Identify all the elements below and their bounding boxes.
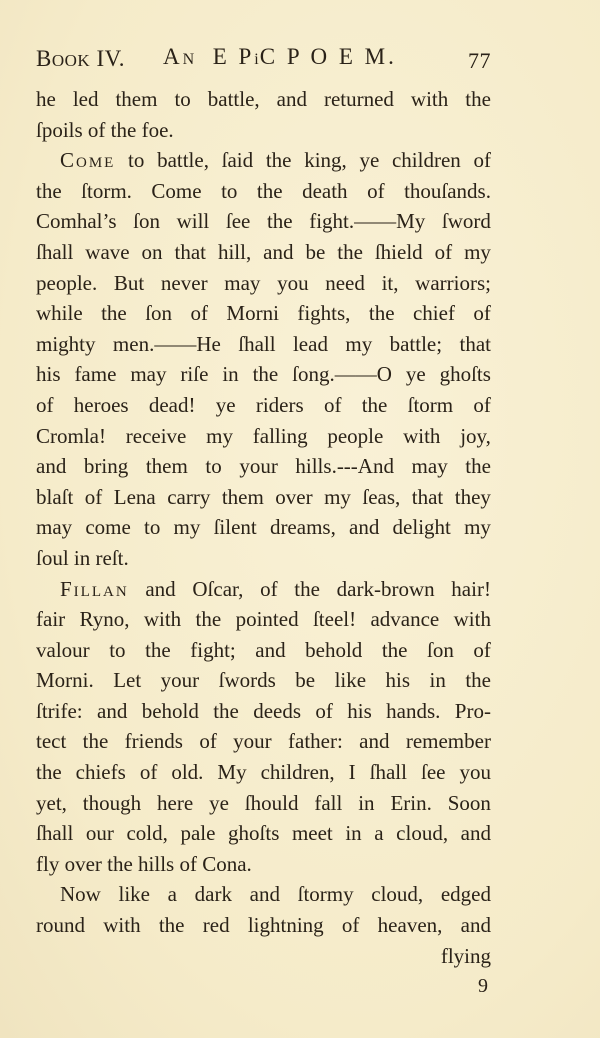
word: of [190, 298, 208, 329]
text-line: blaſtofLenacarrythemovermyſeas,thatthey [36, 482, 491, 513]
word: chief [413, 298, 455, 329]
word: ſhall [370, 757, 407, 788]
word: ſon [145, 298, 172, 329]
word: returned [324, 84, 394, 115]
running-title: AN E PiC P O E M. [163, 44, 397, 70]
word: round [36, 910, 85, 941]
word: my [345, 329, 372, 360]
text-line: thechiefsofold.Mychildren,Iſhallſeeyou [36, 757, 491, 788]
word: tect [36, 726, 66, 757]
word: the [36, 757, 62, 788]
word: father: [288, 726, 343, 757]
word: hill, [218, 237, 251, 268]
word: like [335, 665, 367, 696]
word: Erin. [390, 788, 431, 819]
word: Comhal’s [36, 206, 117, 237]
text-line: maycometomyſilentdreams,anddelightmy [36, 512, 491, 543]
word: battle, [157, 145, 209, 176]
word: behold [305, 635, 362, 666]
book-number: BOOK IV. [36, 46, 125, 72]
word: our [86, 818, 114, 849]
word: Cromla! [36, 421, 106, 452]
word: and [263, 237, 293, 268]
word: hands. [386, 696, 440, 727]
paragraph-first-line: Nowlikeadarkandſtormycloud,edged [36, 879, 491, 910]
word: dark [195, 879, 232, 910]
word: that [460, 329, 492, 360]
word: in [430, 665, 446, 696]
word: ſee [421, 757, 445, 788]
word: Morni [226, 298, 279, 329]
word: may [412, 451, 448, 482]
word: My [217, 757, 246, 788]
text-line: ofheroesdead!yeridersoftheſtormof [36, 390, 491, 421]
word: Let [113, 665, 141, 696]
word: hair! [451, 574, 491, 605]
word: may [224, 268, 260, 299]
word: delight [393, 512, 451, 543]
word: yet, [36, 788, 67, 819]
word: edged [441, 879, 491, 910]
text-line: ſhallourcold,paleghoſtsmeetinacloud,and [36, 818, 491, 849]
word: falling [253, 421, 308, 452]
word: the [253, 359, 279, 390]
word: with [403, 421, 440, 452]
word: ſtorm. [81, 176, 132, 207]
word: you [459, 757, 491, 788]
word: and [461, 818, 491, 849]
word: the [382, 635, 408, 666]
word: ye [406, 359, 426, 390]
word: like [119, 879, 151, 910]
word: people. [36, 268, 97, 299]
word: ſilent [214, 512, 257, 543]
word: the [145, 635, 171, 666]
word: of [473, 390, 491, 421]
word: behold [142, 696, 199, 727]
text-line: tectthefriendsofyourfather:andremember [36, 726, 491, 757]
text-line: hisfamemayriſeintheſong.——Oyeghoſts [36, 359, 491, 390]
lead-word: Come [60, 145, 115, 176]
word: them [222, 482, 264, 513]
word: to [144, 512, 160, 543]
word: the [101, 298, 127, 329]
word: he [36, 84, 56, 115]
word: ſteel! [313, 604, 356, 635]
word: my [206, 421, 233, 452]
word: and [461, 910, 491, 941]
word: ſword [442, 206, 491, 237]
word: ſtrife: [36, 696, 83, 727]
word: in [358, 788, 374, 819]
word: ſon [427, 635, 454, 666]
word: and [250, 879, 280, 910]
word: that [412, 482, 444, 513]
text-line: ſtrife:andbeholdthedeedsofhishands.Pro- [36, 696, 491, 727]
word: ſaid [222, 145, 254, 176]
word: to [109, 635, 125, 666]
word: ſhall [36, 818, 73, 849]
word: be [305, 237, 325, 268]
word: with [411, 84, 448, 115]
text-line: fairRyno,withthepointedſteel!advancewith [36, 604, 491, 635]
word: my [324, 482, 351, 513]
word: remember [406, 726, 491, 757]
word: thouſands. [404, 176, 491, 207]
text-line: Comhal’sſonwillſeethefight.——Myſword [36, 206, 491, 237]
word: ſwords [219, 665, 276, 696]
word: chiefs [76, 757, 126, 788]
word: Ryno, [80, 604, 130, 635]
word: Oſcar, [192, 574, 243, 605]
word: and [97, 696, 127, 727]
word: your [233, 726, 272, 757]
page-number: 77 [468, 48, 491, 74]
word: to [221, 176, 237, 207]
word: they [455, 482, 491, 513]
word: fight; [190, 635, 236, 666]
word: ſhould [245, 788, 299, 819]
word: in [222, 359, 238, 390]
word: his [386, 665, 411, 696]
word: with [144, 604, 181, 635]
word: ye [216, 390, 236, 421]
word: the [83, 726, 109, 757]
word: pale [180, 818, 215, 849]
word: of [324, 390, 342, 421]
text-line: people.Butnevermayyouneedit,warriors; [36, 268, 491, 299]
signature-mark: 9 [36, 971, 491, 1002]
word: old. [171, 757, 203, 788]
word: meet [292, 818, 333, 849]
paragraph-first-line: Cometobattle,ſaidtheking,yechildrenof [36, 145, 491, 176]
text-line: mightymen.——Heſhallleadmybattle;that [36, 329, 491, 360]
word: riſe [180, 359, 208, 390]
page-body: heledthemtobattle,andreturnedwiththe ſpo… [36, 84, 491, 1002]
text-line: whiletheſonofMornifights,thechiefof [36, 298, 491, 329]
word: his [36, 359, 61, 390]
word: of [36, 390, 54, 421]
word: ſon [133, 206, 160, 237]
word: the [337, 237, 363, 268]
word: of [140, 757, 158, 788]
word: them [115, 84, 157, 115]
word: dreams, [270, 512, 336, 543]
word: over [275, 482, 312, 513]
word: heaven, [378, 910, 443, 941]
lead-word: Now [60, 879, 101, 910]
word: fall [314, 788, 342, 819]
word: of [342, 910, 360, 941]
word: my [464, 237, 491, 268]
text-line: theſtorm.Cometothedeathofthouſands. [36, 176, 491, 207]
word: of [473, 145, 491, 176]
text-line: ſpoils of the foe. [36, 115, 491, 146]
word: red [203, 910, 230, 941]
word: children [392, 145, 461, 176]
word: wave [85, 237, 129, 268]
word: children, [261, 757, 335, 788]
text-line: fly over the hills of Cona. [36, 849, 491, 880]
word: lead [293, 329, 328, 360]
word: the [159, 910, 185, 941]
word: it, [382, 268, 399, 299]
lead-word: Fillan [60, 574, 129, 605]
word: need [325, 268, 365, 299]
word: cloud, [396, 818, 448, 849]
word: dark-brown [337, 574, 435, 605]
word: led [73, 84, 99, 115]
word: a [374, 818, 383, 849]
word: the [465, 451, 491, 482]
word: never [161, 268, 208, 299]
word: and [36, 451, 66, 482]
word: fights, [297, 298, 350, 329]
text-line: roundwiththeredlightningofheaven,and [36, 910, 491, 941]
word: to [174, 84, 190, 115]
word: blaſt [36, 482, 73, 513]
word: of [473, 635, 491, 666]
word: valour [36, 635, 90, 666]
word: though [83, 788, 141, 819]
word: may [36, 512, 72, 543]
word: carry [167, 482, 210, 513]
word: I [349, 757, 356, 788]
word: that [175, 237, 207, 268]
word: of [85, 482, 103, 513]
word: warriors; [415, 268, 491, 299]
word: But [114, 268, 144, 299]
word: Morni. [36, 665, 94, 696]
word: ye [359, 145, 379, 176]
word: with [103, 910, 140, 941]
word: men.——He [113, 329, 221, 360]
word: ſhall [36, 237, 73, 268]
word: friends [125, 726, 183, 757]
word: a [168, 879, 177, 910]
text-line: Morni.Letyourſwordsbelikehisinthe [36, 665, 491, 696]
word: Come [151, 176, 201, 207]
word: may [130, 359, 166, 390]
word: in [345, 818, 361, 849]
word: the [267, 206, 293, 237]
word: the [294, 574, 320, 605]
word: ghoſts [228, 818, 279, 849]
word: ye [209, 788, 229, 819]
word: be [295, 665, 315, 696]
text-line: valourtothefight;andbeholdtheſonof [36, 635, 491, 666]
word: your [239, 451, 278, 482]
text-line: ſhallwaveonthathill,andbetheſhieldofmy [36, 237, 491, 268]
word: deeds [253, 696, 301, 727]
word: of [435, 237, 453, 268]
word: will [177, 206, 210, 237]
word: hills.---And [295, 451, 394, 482]
word: riders [256, 390, 304, 421]
word: the [465, 665, 491, 696]
text-line: ſoul in reſt. [36, 543, 491, 574]
word: cold, [126, 818, 167, 849]
word: and [349, 512, 379, 543]
word: to [128, 145, 144, 176]
text-line: Cromla!receivemyfallingpeoplewithjoy, [36, 421, 491, 452]
word: heroes [74, 390, 129, 421]
word: ſtormy [298, 879, 354, 910]
running-header: BOOK IV. AN E PiC P O E M. 77 [36, 42, 491, 72]
word: of [199, 726, 217, 757]
word: and [359, 726, 389, 757]
word: to [205, 451, 221, 482]
catchword: flying [36, 941, 491, 972]
word: while [36, 298, 83, 329]
word: Pro- [455, 696, 491, 727]
word: the [36, 176, 62, 207]
text-line: heledthemtobattle,andreturnedwiththe [36, 84, 491, 115]
word: lightning [248, 910, 324, 941]
word: them [146, 451, 188, 482]
word: dead! [149, 390, 196, 421]
paragraph-first-line: FillanandOſcar,ofthedark-brownhair! [36, 574, 491, 605]
word: king, [304, 145, 347, 176]
word: pointed [236, 604, 299, 635]
word: his [347, 696, 372, 727]
word: of [367, 176, 385, 207]
word: of [315, 696, 333, 727]
word: ſee [226, 206, 250, 237]
word: my [174, 512, 201, 543]
word: the [213, 696, 239, 727]
word: ſtorm [408, 390, 454, 421]
word: and [255, 635, 285, 666]
word: of [260, 574, 278, 605]
word: my [464, 512, 491, 543]
word: and [277, 84, 307, 115]
word: cloud, [371, 879, 423, 910]
text-line: andbringthemtoyourhills.---Andmaythe [36, 451, 491, 482]
word: ſhall [238, 329, 275, 360]
word: on [142, 237, 163, 268]
word: the [465, 84, 491, 115]
word: people [327, 421, 383, 452]
word: battle, [208, 84, 260, 115]
word: Lena [114, 482, 156, 513]
word: the [196, 604, 222, 635]
word: ſong.——O [292, 359, 392, 390]
word: fame [74, 359, 116, 390]
word: and [145, 574, 175, 605]
word: the [362, 390, 388, 421]
word: joy, [460, 421, 491, 452]
word: fight.——My [309, 206, 425, 237]
word: with [454, 604, 491, 635]
word: the [369, 298, 395, 329]
word: Soon [448, 788, 491, 819]
word: mighty [36, 329, 96, 360]
word: death [302, 176, 347, 207]
word: fair [36, 604, 65, 635]
word: your [161, 665, 200, 696]
word: ghoſts [440, 359, 491, 390]
word: the [257, 176, 283, 207]
word: here [157, 788, 193, 819]
word: you [277, 268, 309, 299]
word: the [266, 145, 292, 176]
word: ſhield [375, 237, 423, 268]
word: battle; [390, 329, 442, 360]
word: receive [126, 421, 187, 452]
word: ſeas, [362, 482, 400, 513]
word: of [473, 298, 491, 329]
word: advance [370, 604, 439, 635]
word: come [85, 512, 130, 543]
word: bring [84, 451, 128, 482]
text-line: yet,thoughhereyeſhouldfallinErin.Soon [36, 788, 491, 819]
